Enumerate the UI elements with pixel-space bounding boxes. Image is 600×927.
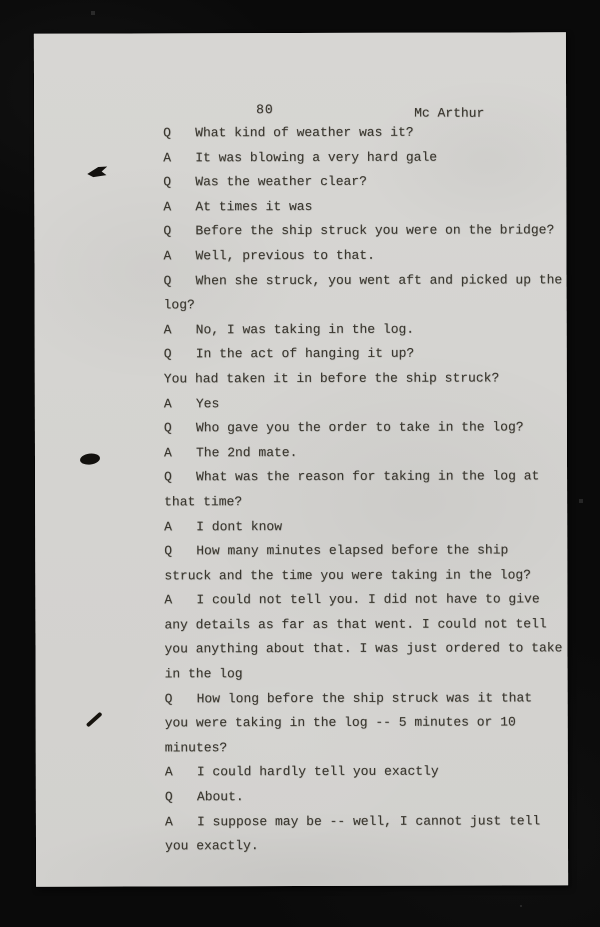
transcript-line: Q Was the weather clear? — [163, 169, 565, 195]
line-text: Before the ship struck you were on the b… — [195, 219, 554, 245]
transcript-line: A I could not tell you. I did not have t… — [164, 588, 566, 614]
line-text: log? — [164, 293, 195, 318]
transcript-line: A No, I was taking in the log. — [164, 317, 566, 343]
line-text: Yes — [196, 392, 219, 417]
transcript-line: you anything about that. I was just orde… — [164, 637, 566, 663]
line-text: How many minutes elapsed before the ship — [196, 539, 508, 564]
line-text: It was blowing a very hard gale — [195, 145, 437, 170]
qa-marker: Q — [164, 539, 196, 564]
transcript-line: Q About. — [165, 784, 567, 810]
ink-smudge-slash — [86, 712, 103, 728]
qa-marker: A — [164, 318, 196, 343]
transcript-line: Q When she struck, you went aft and pick… — [164, 268, 566, 294]
line-text: any details as far as that went. I could… — [164, 612, 546, 638]
transcript-line: any details as far as that went. I could… — [164, 612, 566, 638]
ink-smudge-arrowhead — [87, 167, 107, 179]
qa-marker: Q — [163, 220, 195, 245]
qa-marker: A — [163, 244, 195, 269]
line-text: minutes? — [165, 736, 227, 761]
qa-marker: A — [164, 392, 196, 417]
line-text: Who gave you the order to take in the lo… — [196, 416, 524, 441]
transcript-line: Q What kind of weather was it? — [163, 120, 565, 146]
ink-smudge-blob — [79, 452, 100, 465]
line-text: you exactly. — [165, 834, 259, 859]
transcript-line: A Well, previous to that. — [163, 243, 565, 269]
qa-marker: Q — [164, 269, 196, 294]
line-text: you were taking in the log -- 5 minutes … — [165, 711, 516, 737]
transcript-line: Q What was the reason for taking in the … — [164, 465, 566, 491]
document-page: 80 Mc Arthur Q What kind of weather was … — [34, 32, 568, 886]
transcript-line: Q Who gave you the order to take in the … — [164, 415, 566, 441]
line-text: The 2nd mate. — [196, 441, 297, 466]
transcript-line: A I could hardly tell you exactly — [165, 760, 567, 786]
line-text: No, I was taking in the log. — [196, 317, 415, 342]
line-text: you anything about that. I was just orde… — [164, 637, 562, 663]
transcript-line: struck and the time you were taking in t… — [164, 563, 566, 589]
transcript-line: A It was blowing a very hard gale — [163, 145, 565, 171]
qa-marker: Q — [164, 343, 196, 368]
transcript-line: minutes? — [165, 735, 567, 761]
transcript-line: A I suppose may be -- well, I cannot jus… — [165, 809, 567, 835]
transcript-line: Q How long before the ship struck was it… — [165, 686, 567, 712]
line-text: Was the weather clear? — [195, 170, 367, 195]
qa-marker: Q — [164, 466, 196, 491]
qa-marker: A — [164, 515, 196, 540]
scanned-document-frame: 80 Mc Arthur Q What kind of weather was … — [0, 0, 600, 927]
qa-marker: A — [164, 441, 196, 466]
line-text: struck and the time you were taking in t… — [164, 563, 531, 589]
line-text: Well, previous to that. — [195, 244, 375, 269]
transcript-line: You had taken it in before the ship stru… — [164, 366, 566, 392]
line-text: in the log — [165, 662, 243, 687]
line-text: I suppose may be -- well, I cannot just … — [197, 809, 540, 834]
qa-marker: Q — [165, 687, 197, 712]
scan-noise-specks — [0, 0, 2, 2]
transcript-line: you were taking in the log -- 5 minutes … — [165, 711, 567, 737]
qa-marker: Q — [163, 170, 195, 195]
qa-marker: A — [165, 810, 197, 835]
qa-marker: A — [163, 146, 195, 171]
transcript-line: A I dont know — [164, 514, 566, 540]
qa-marker: Q — [165, 785, 197, 810]
transcript-line: you exactly. — [165, 834, 567, 860]
qa-marker: A — [165, 761, 197, 786]
line-text: At times it was — [195, 195, 312, 220]
line-text: that time? — [164, 490, 242, 515]
transcript-line: log? — [164, 292, 566, 318]
qa-marker: A — [163, 195, 195, 220]
line-text: I could hardly tell you exactly — [197, 760, 439, 785]
line-text: In the act of hanging it up? — [196, 342, 415, 367]
line-text: When she struck, you went aft and picked… — [196, 268, 563, 294]
transcript-line: Q In the act of hanging it up? — [164, 342, 566, 368]
page-number: 80 — [256, 102, 274, 117]
transcript: Q What kind of weather was it? A It was … — [163, 120, 567, 859]
transcript-line: Q Before the ship struck you were on the… — [163, 219, 565, 245]
line-text: What kind of weather was it? — [195, 121, 414, 146]
line-text: You had taken it in before the ship stru… — [164, 366, 500, 391]
transcript-line: A At times it was — [163, 194, 565, 220]
transcript-line: A Yes — [164, 391, 566, 417]
line-text: I could not tell you. I did not have to … — [196, 588, 539, 613]
line-text: I dont know — [196, 515, 282, 540]
transcript-line: in the log — [165, 661, 567, 687]
witness-name: Mc Arthur — [414, 105, 484, 120]
qa-marker: A — [164, 589, 196, 614]
line-text: How long before the ship struck was it t… — [197, 686, 533, 711]
transcript-line: Q How many minutes elapsed before the sh… — [164, 538, 566, 564]
transcript-line: A The 2nd mate. — [164, 440, 566, 466]
transcript-line: that time? — [164, 489, 566, 515]
line-text: What was the reason for taking in the lo… — [196, 465, 539, 490]
qa-marker: Q — [164, 416, 196, 441]
line-text: About. — [197, 785, 244, 810]
qa-marker: Q — [163, 121, 195, 146]
